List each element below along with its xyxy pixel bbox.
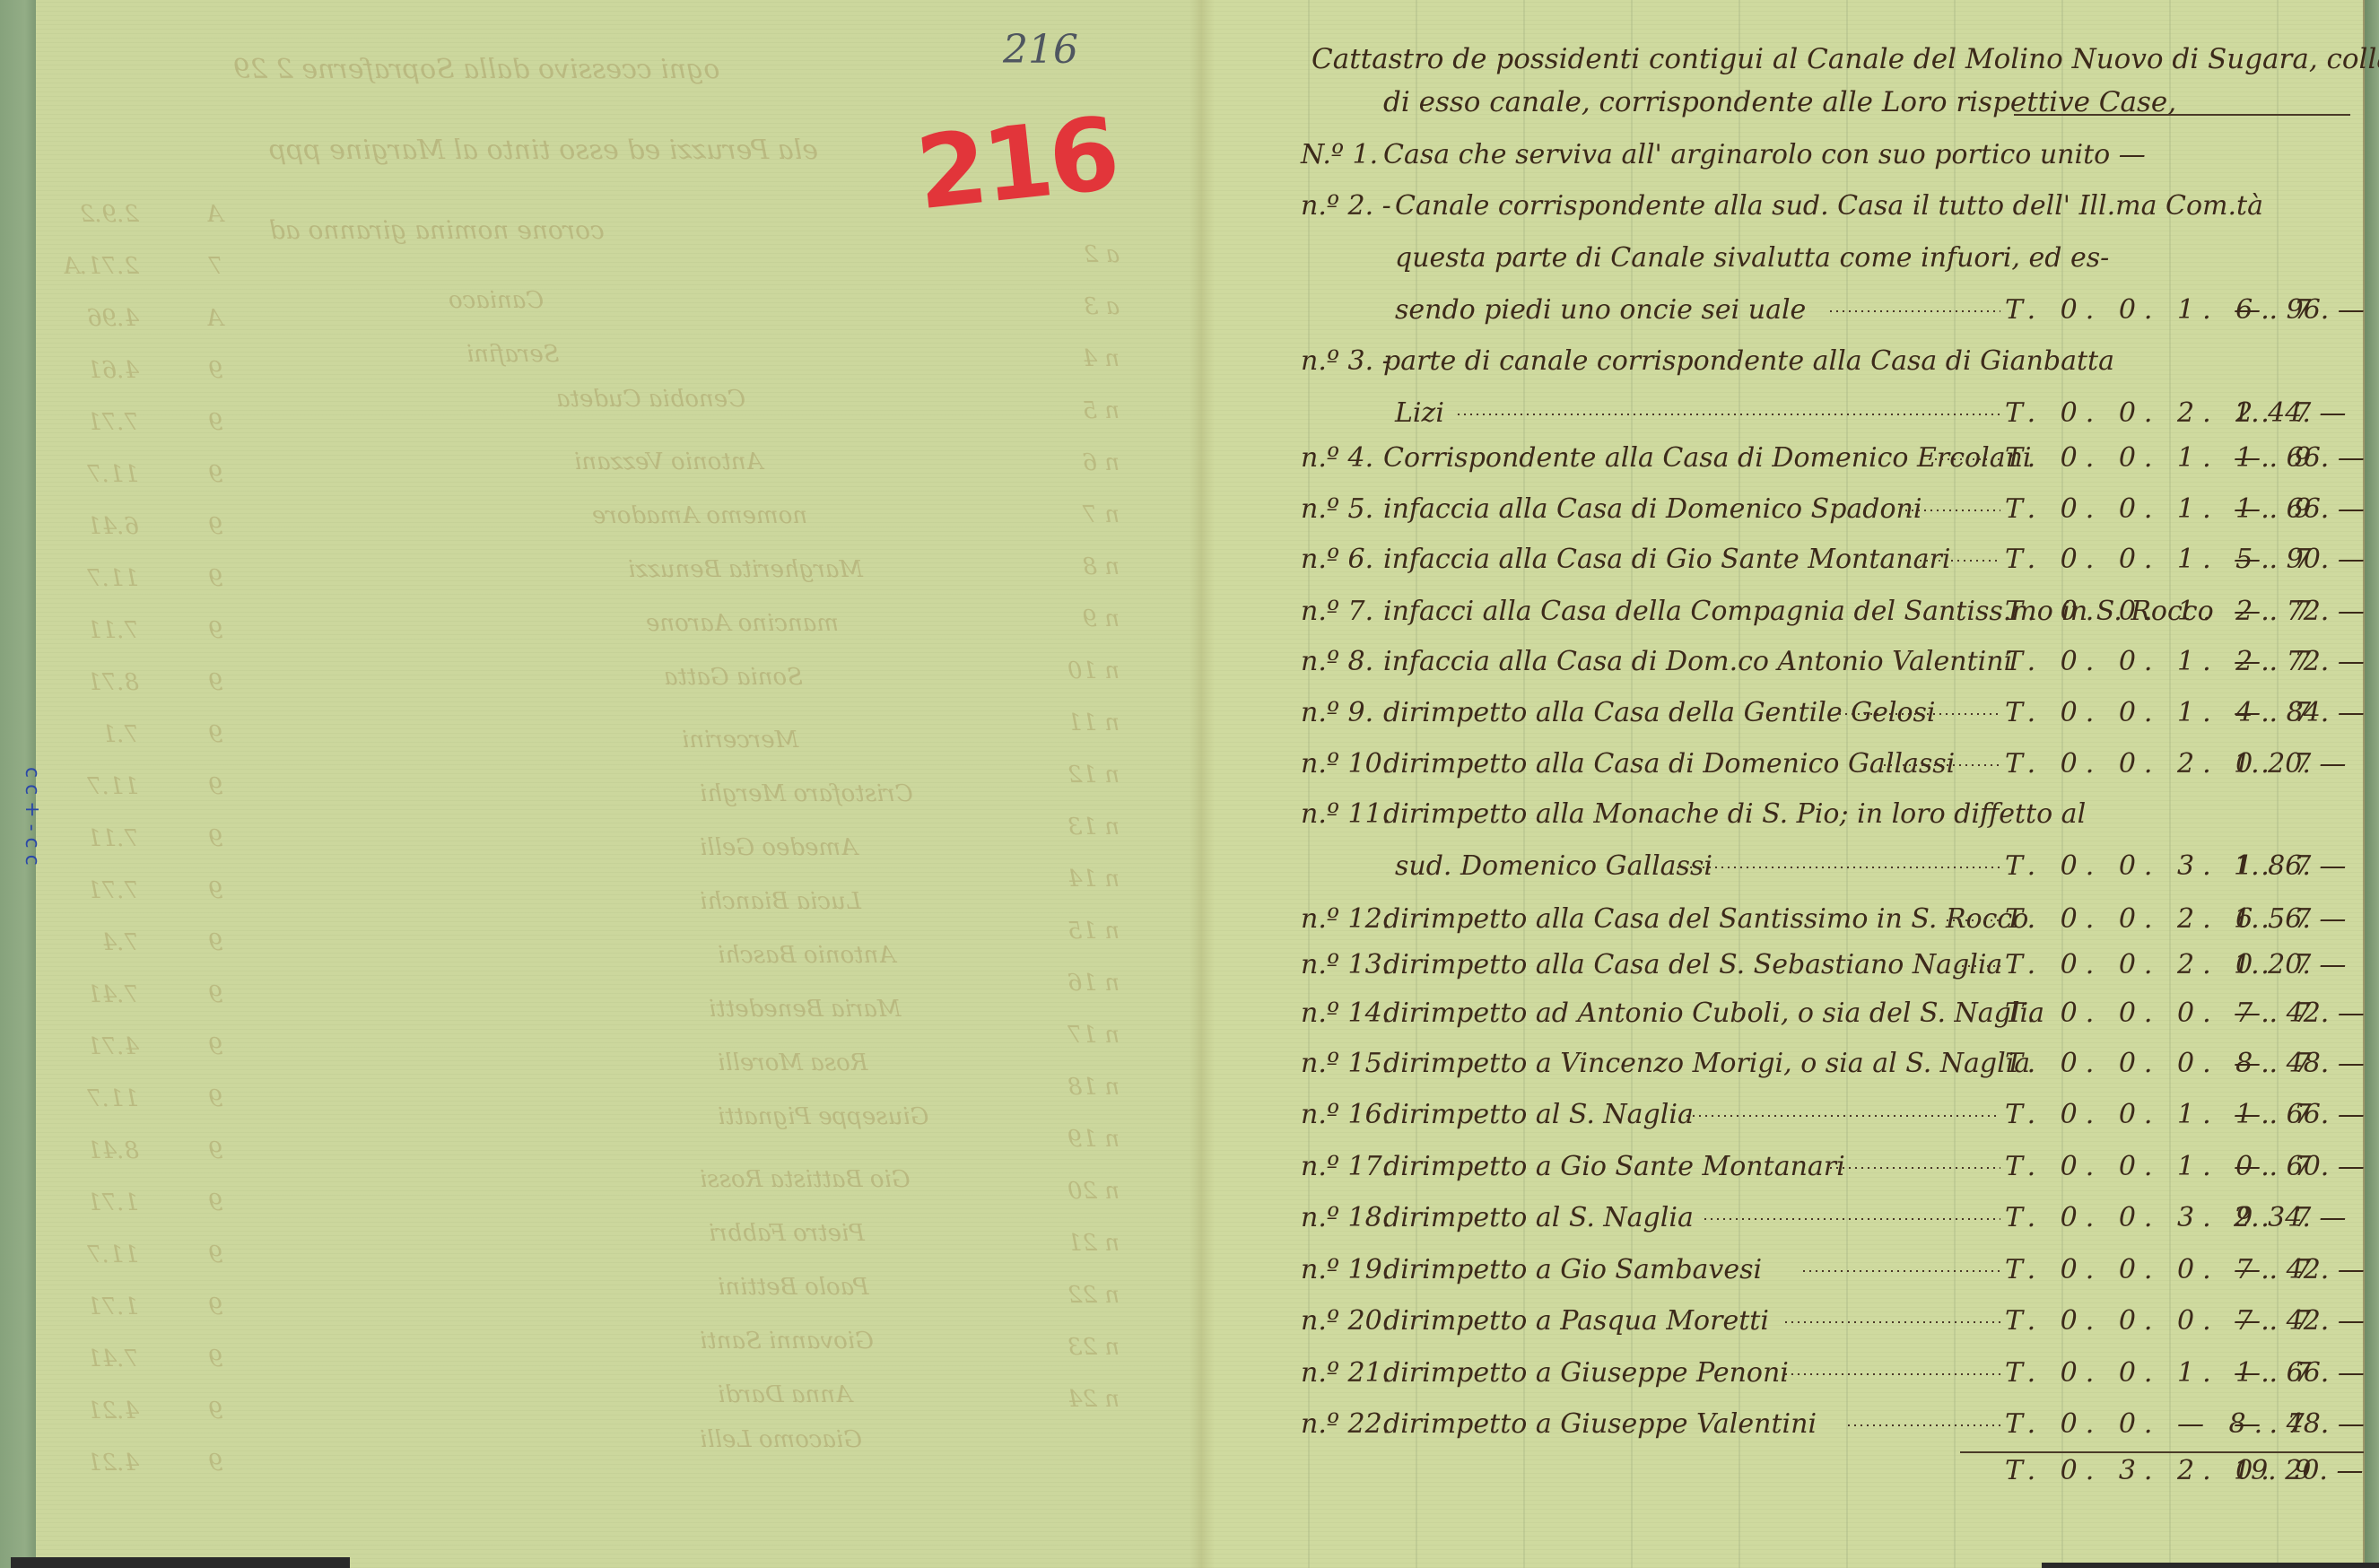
entry-number: n.º 16. [1301,1099,1390,1130]
entry-amount: — . 42. — [2234,997,2365,1029]
entry-number: n.º 20. [1301,1305,1390,1337]
entry-row: N.º 1. Casa che serviva all' arginarolo … [1301,139,2359,175]
entry-row: n.º 6. infaccia alla Casa di Gio Sante M… [1301,544,2359,579]
entry-amount: — . 48. — [2234,1408,2365,1440]
entry-description-continued: sendo piedi uno oncie sei uale [1395,294,1806,326]
entry-row: n.º 9. dirimpetto alla Casa della Gentil… [1301,697,2359,733]
binding-fold [1189,0,1215,1568]
leader-dots [1839,713,2000,715]
entry-row: n.º 11. dirimpetto alla Monache di S. Pi… [1301,798,2359,834]
entry-number: n.º 11. [1301,798,1390,830]
entry-amount: — . 96. — [2234,294,2365,326]
entry-row: n.º 14. dirimpetto ad Antonio Cuboli, o … [1301,997,2359,1033]
entry-row: sendo piedi uno oncie sei uale T. 0. 0. … [1301,294,2359,330]
leader-dots [1803,1270,2000,1272]
leader-dots [1893,510,2000,511]
entry-row: n.º 22. dirimpetto a Giuseppe Valentini … [1301,1408,2359,1444]
entry-number: n.º 5. [1301,493,1373,525]
entry-description: dirimpetto alla Monache di S. Pio; in lo… [1383,798,2086,830]
entry-amount: — . 66. — [2234,1357,2365,1389]
entry-number: n.º 19. [1301,1254,1390,1285]
entry-number: n.º 18. [1301,1202,1390,1233]
total-rule [1960,1451,2364,1453]
entry-amount: — . 60. — [2234,1151,2365,1182]
leader-dots [1677,867,2000,868]
entry-row: n.º 8. infaccia alla Casa di Dom.co Anto… [1301,646,2359,682]
entry-amount: — . 48. — [2234,1048,2365,1079]
entry-description: parte di canale corrispondente alla Casa… [1383,345,2114,377]
leader-dots [1458,414,2000,415]
entry-description: dirimpetto a Pasqua Moretti [1383,1305,1769,1337]
entry-number: n.º 10. [1301,748,1390,780]
entry-description-continued: questa parte di Canale sivalutta come in… [1395,242,2109,274]
leader-dots [1686,1115,2000,1117]
entry-amount: — . 42. — [2234,1254,2365,1285]
title-underline [2014,114,2350,116]
entry-row: n.º 5. infaccia alla Casa di Domenico Sp… [1301,493,2359,529]
entry-number: n.º 2. - [1301,190,1391,222]
entry-number: n.º 21. [1301,1357,1390,1389]
leader-dots [1956,965,2000,967]
entry-number: n.º 8. [1301,646,1373,677]
entry-description: dirimpetto alla Casa del S. Sebastiano N… [1383,949,2002,980]
entry-number: n.º 12. [1301,903,1390,935]
scan-frame-bar [2042,1563,2379,1568]
entry-amount: 1. 20. — [2234,949,2346,980]
entry-row: n.º 7. infacci alla Casa della Compagnia… [1301,596,2359,632]
entry-row: n.º 17. dirimpetto a Gio Sante Montanari… [1301,1151,2359,1187]
entry-row: n.º 2. - Canale corrispondente alla sud.… [1301,190,2359,226]
leader-dots [1704,1218,2000,1220]
blue-margin-marks: c c + - c c [20,767,43,866]
leader-dots [1929,458,2000,460]
entry-row: n.º 12. dirimpetto alla Casa del Santiss… [1301,903,2359,939]
entry-amount: — . 66. — [2234,493,2365,525]
entry-row: sud. Domenico Gallassi T. 0. 0. 3. 1. 7 … [1301,850,2359,886]
entry-row: n.º 16. dirimpetto al S. Naglia T. 0. 0.… [1301,1099,2359,1135]
entry-amount: — . 72. — [2234,596,2365,627]
red-folio-number: 216 [911,96,1121,232]
entry-amount: 1. 56. — [2234,903,2346,935]
entry-amount: — . 84. — [2234,697,2365,728]
entry-row: n.º 13. dirimpetto alla Casa del S. Seba… [1301,949,2359,985]
entry-row: n.º 10. dirimpetto alla Casa di Domenico… [1301,748,2359,784]
entry-row: n.º 18. dirimpetto al S. Naglia T. 0. 0.… [1301,1202,2359,1238]
entry-number: n.º 4. [1301,442,1373,474]
entry-number: n.º 9. [1301,697,1373,728]
entry-amount: — . 72. — [2234,646,2365,677]
leader-dots [1848,1424,2000,1426]
entry-row: questa parte di Canale sivalutta come in… [1301,242,2359,278]
entry-amount: — . 66. — [2234,1099,2365,1130]
leader-dots [1884,764,2000,766]
leader-dots [1920,560,2000,562]
entry-description: dirimpetto al S. Naglia [1383,1099,1694,1130]
entry-amount: — . 66. — [2234,442,2365,474]
entry-number: n.º 6. [1301,544,1373,575]
right-cover-edge [2365,0,2379,1568]
entry-description: dirimpetto ad Antonio Cuboli, o sia del … [1383,997,2044,1029]
entry-number: n.º 22. [1301,1408,1390,1440]
entry-description: dirimpetto al S. Naglia [1383,1202,1694,1233]
entry-row: n.º 19. dirimpetto a Gio Sambavesi T. 0.… [1301,1254,2359,1290]
entry-amount: 1. 44. — [2234,397,2346,429]
entry-amount: 1. 86. — [2234,850,2346,882]
entry-number: n.º 17. [1301,1151,1390,1182]
entry-number: N.º 1. [1301,139,1378,170]
leader-dots [1830,1167,2000,1169]
entry-amount: 2. 34. — [2234,1202,2346,1233]
entry-description: dirimpetto alla Casa di Domenico Gallass… [1383,748,1955,780]
pencil-folio-number: 216 [1003,27,1078,73]
entry-number: n.º 13. [1301,949,1390,980]
entry-description: dirimpetto a Giuseppe Valentini [1383,1408,1817,1440]
entry-row: Lizi T. 0. 0. 2. 2. 7 1. 44. — [1301,397,2359,433]
document-title-line1: Cattastro de possidenti contigui al Cana… [1311,43,2379,75]
entry-number: n.º 3. - [1301,345,1391,377]
leader-dots [1947,919,2000,921]
entry-description: Canale corrispondente alla sud. Casa il … [1395,190,2263,222]
entry-description: dirimpetto alla Casa del Santissimo in S… [1383,903,2028,935]
entry-description: infaccia alla Casa di Domenico Spadoni [1383,493,1921,525]
entry-row: n.º 20. dirimpetto a Pasqua Moretti T. 0… [1301,1305,2359,1341]
entry-description: dirimpetto a Vincenzo Morigi, o sia al S… [1383,1048,2030,1079]
entry-description: dirimpetto a Gio Sambavesi [1383,1254,1762,1285]
entry-description: dirimpetto a Gio Sante Montanari [1383,1151,1845,1182]
entry-amount: — . 90. — [2234,544,2365,575]
entry-description: infaccia alla Casa di Gio Sante Montanar… [1383,544,1950,575]
entry-amount: 1. 20. — [2234,748,2346,780]
entry-row: n.º 4. Corrispondente alla Casa di Domen… [1301,442,2359,478]
entry-description: dirimpetto a Giuseppe Penoni [1383,1357,1789,1389]
entry-row: n.º 21. dirimpetto a Giuseppe Penoni T. … [1301,1357,2359,1393]
entry-description-continued: Lizi [1395,397,1444,429]
leader-dots [1785,1321,2000,1323]
leader-dots [1830,310,2000,312]
entry-row: n.º 3. - parte di canale corrispondente … [1301,345,2359,381]
leader-dots [1785,1373,2000,1375]
entry-row: n.º 15. dirimpetto a Vincenzo Morigi, o … [1301,1048,2359,1084]
total-amount: 19. 20. — [2234,1455,2364,1486]
total-row: T. 0. 3. 2. 0. 9 19. 20. — [1301,1455,2359,1491]
entry-description-continued: sud. Domenico Gallassi [1395,850,1712,882]
entry-number: n.º 14. [1301,997,1390,1029]
entry-description: Casa che serviva all' arginarolo con suo… [1383,139,2146,170]
entry-number: n.º 7. [1301,596,1373,627]
entry-description: infaccia alla Casa di Dom.co Antonio Val… [1383,646,2012,677]
entry-amount: — . 42. — [2234,1305,2365,1337]
scan-frame-bar [11,1557,350,1568]
entry-number: n.º 15. [1301,1048,1390,1079]
